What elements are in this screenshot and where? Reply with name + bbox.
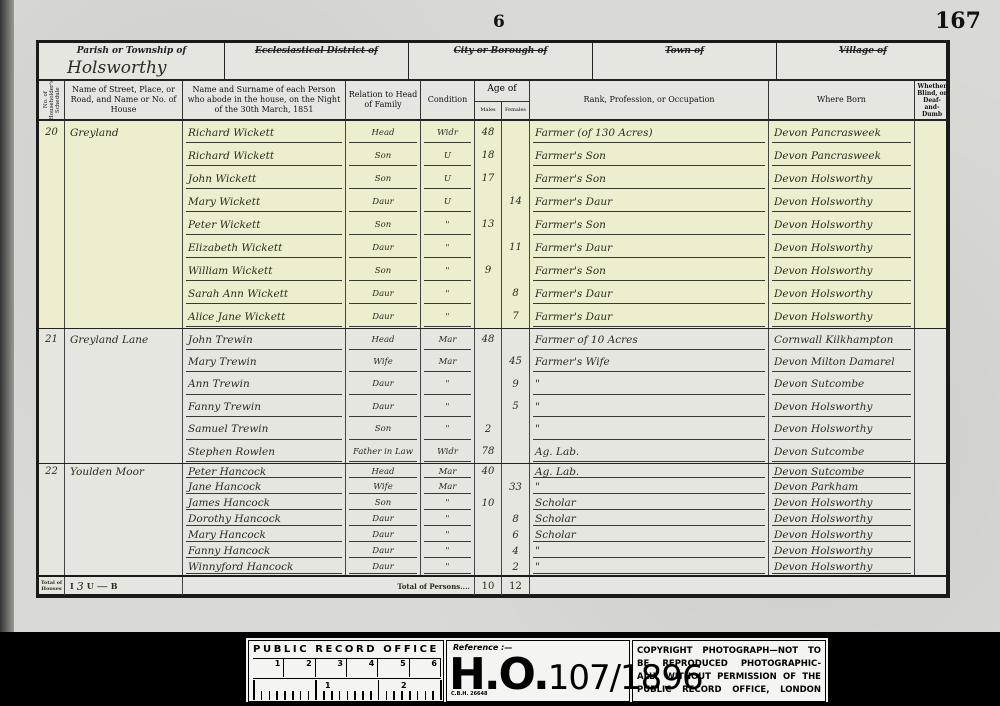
male-cell: 10 (475, 495, 502, 511)
born-cell: Devon Pancrasweek (769, 144, 915, 167)
blind-cell (915, 329, 949, 351)
blind-cell (915, 190, 949, 213)
blind-cell (915, 144, 949, 167)
census-page: 6 167 Parish or Township of Holsworthy E… (0, 0, 1000, 632)
pro-reference-block: Reference :— H.O.107/1896 C.B.H. 26648 (446, 640, 630, 702)
blind-cell (915, 259, 949, 282)
schedule-cell: 21 (39, 329, 65, 351)
street-cell (65, 495, 183, 511)
table-row: 22Youlden MoorPeter HancockHeadMar40Ag. … (39, 463, 946, 479)
table-row: James HancockSon"10ScholarDevon Holswort… (39, 495, 946, 511)
born-cell: Devon Parkham (769, 479, 915, 495)
header-schedule: No. of Householder's Schedule (39, 81, 65, 121)
table-row: Jane HancockWifeMar33"Devon Parkham (39, 479, 946, 495)
blind-cell (915, 543, 949, 559)
female-cell (502, 495, 530, 511)
male-cell (475, 351, 502, 374)
schedule-cell (39, 190, 65, 213)
schedule-cell (39, 495, 65, 511)
female-cell: 2 (502, 559, 530, 575)
born-cell: Devon Holsworthy (769, 543, 915, 559)
relation-cell: Daur (346, 305, 421, 328)
occupation-cell: Scholar (530, 511, 769, 527)
female-cell (502, 441, 530, 464)
header-age-sub: Males Females (475, 101, 529, 119)
table-row: Fanny HancockDaur"4"Devon Holsworthy (39, 543, 946, 559)
table-row: 20GreylandRichard WickettHeadWidr48Farme… (39, 121, 946, 144)
name-cell: Richard Wickett (183, 121, 346, 144)
born-cell: Devon Holsworthy (769, 236, 915, 259)
blind-cell (915, 351, 949, 374)
street-cell (65, 559, 183, 575)
relation-cell: Son (346, 144, 421, 167)
male-cell: 78 (475, 441, 502, 464)
relation-cell: Daur (346, 373, 421, 396)
table-row: Ann TrewinDaur"9"Devon Sutcombe (39, 373, 946, 396)
ruler-tick (370, 691, 372, 700)
relation-cell: Daur (346, 527, 421, 543)
male-cell (475, 559, 502, 575)
name-cell: John Trewin (183, 329, 346, 351)
condition-cell: Mar (421, 329, 475, 351)
condition-cell: " (421, 418, 475, 441)
blind-cell (915, 527, 949, 543)
ruler-tick (339, 691, 341, 700)
street-cell (65, 167, 183, 190)
relation-cell: Daur (346, 543, 421, 559)
schedule-cell (39, 441, 65, 464)
occupation-cell: " (530, 373, 769, 396)
female-cell: 8 (502, 282, 530, 305)
schedule-cell (39, 305, 65, 328)
relation-cell: Son (346, 418, 421, 441)
street-cell (65, 479, 183, 495)
blind-cell (915, 213, 949, 236)
occupation-cell: Farmer's Daur (530, 236, 769, 259)
female-cell: 7 (502, 305, 530, 328)
header-occupation: Rank, Profession, or Occupation (530, 81, 769, 121)
name-cell: Stephen Rowlen (183, 441, 346, 464)
table-row: Fanny TrewinDaur"5"Devon Holsworthy (39, 396, 946, 419)
male-cell (475, 479, 502, 495)
table-row: Richard WickettSonU18Farmer's SonDevon P… (39, 144, 946, 167)
condition-cell: Mar (421, 351, 475, 374)
table-row: Dorothy HancockDaur"8ScholarDevon Holswo… (39, 511, 946, 527)
schedule-cell (39, 167, 65, 190)
blind-cell (915, 495, 949, 511)
blind-cell (915, 121, 949, 144)
relation-cell: Son (346, 259, 421, 282)
female-cell: 4 (502, 543, 530, 559)
male-cell (475, 305, 502, 328)
ruler-tick (354, 691, 356, 700)
female-cell (502, 167, 530, 190)
born-cell: Devon Holsworthy (769, 418, 915, 441)
male-cell (475, 190, 502, 213)
ruler-tick (253, 680, 255, 700)
street-cell (65, 396, 183, 419)
female-cell (502, 418, 530, 441)
male-cell (475, 282, 502, 305)
schedule-cell (39, 282, 65, 305)
schedule-cell: 22 (39, 464, 65, 479)
condition-cell: " (421, 495, 475, 511)
name-cell: Alice Jane Wickett (183, 305, 346, 328)
street-cell (65, 282, 183, 305)
ruler-tick (409, 691, 411, 700)
occupation-cell: Farmer's Son (530, 167, 769, 190)
header-age-label: Age of (475, 84, 529, 94)
schedule-cell (39, 527, 65, 543)
city-label: City or Borough of (409, 46, 592, 56)
table-row: Winnyford HancockDaur"2"Devon Holsworthy (39, 559, 946, 575)
blind-cell (915, 441, 949, 464)
total-persons-label: Total of Persons.... (183, 577, 475, 595)
condition-cell: Mar (421, 464, 475, 479)
condition-cell: " (421, 213, 475, 236)
female-cell: 6 (502, 527, 530, 543)
occupation-cell: Ag. Lab. (530, 464, 769, 479)
inhabited-count: 3 (77, 580, 84, 593)
occupation-cell: Farmer's Daur (530, 305, 769, 328)
street-cell (65, 305, 183, 328)
male-cell: 13 (475, 213, 502, 236)
occupation-cell: Farmer's Daur (530, 190, 769, 213)
header-females: Females (502, 107, 529, 113)
female-cell (502, 213, 530, 236)
schedule-cell (39, 373, 65, 396)
header-males: Males (475, 102, 502, 120)
street-cell (65, 441, 183, 464)
relation-cell: Wife (346, 351, 421, 374)
condition-cell: " (421, 559, 475, 575)
ruler-tick (292, 691, 294, 700)
cbh-number: C.B.H. 26648 (451, 691, 488, 697)
female-cell (502, 464, 530, 479)
ruler-tick (347, 691, 349, 700)
condition-cell: " (421, 527, 475, 543)
header-name: Name and Surname of each Person who abod… (183, 81, 346, 121)
name-cell: John Wickett (183, 167, 346, 190)
ruler-tick (261, 691, 263, 700)
occupation-cell: Scholar (530, 527, 769, 543)
parish-label: Parish or Township of (39, 46, 224, 56)
table-row: William WickettSon"9Farmer's SonDevon Ho… (39, 259, 946, 282)
street-cell: Youlden Moor (65, 464, 183, 479)
condition-cell: " (421, 511, 475, 527)
ruler-tick (401, 691, 403, 700)
street-cell (65, 511, 183, 527)
born-cell: Devon Holsworthy (769, 259, 915, 282)
relation-cell: Head (346, 464, 421, 479)
male-cell: 2 (475, 418, 502, 441)
ruler-tick (269, 691, 271, 700)
header-street: Name of Street, Place, or Road, and Name… (65, 81, 183, 121)
uninhabited-count: — (97, 580, 108, 593)
title-strip: Parish or Township of Holsworthy Ecclesi… (39, 43, 946, 81)
page-edge-shadow (0, 0, 14, 632)
header-age: Age of Males Females (475, 81, 530, 121)
schedule-cell (39, 559, 65, 575)
table-row: Alice Jane WickettDaur"7Farmer's DaurDev… (39, 305, 946, 328)
born-cell: Devon Sutcombe (769, 373, 915, 396)
city-cell: City or Borough of (409, 43, 593, 81)
header-born: Where Born (769, 81, 915, 121)
name-cell: Samuel Trewin (183, 418, 346, 441)
ruler-fine: 1 2 (253, 678, 441, 700)
relation-cell: Wife (346, 479, 421, 495)
born-cell: Devon Milton Damarel (769, 351, 915, 374)
town-cell: Town of (593, 43, 777, 81)
schedule-cell (39, 259, 65, 282)
born-cell: Devon Holsworthy (769, 190, 915, 213)
schedule-cell (39, 543, 65, 559)
ruler-tick (417, 691, 419, 700)
town-label: Town of (593, 46, 776, 56)
street-cell: Greyland (65, 121, 183, 144)
ruler-tick (331, 691, 333, 700)
name-cell: Elizabeth Wickett (183, 236, 346, 259)
occupation-cell: " (530, 543, 769, 559)
name-cell: Fanny Hancock (183, 543, 346, 559)
blind-cell (915, 559, 949, 575)
ruler-tick (378, 680, 380, 700)
male-cell: 40 (475, 464, 502, 479)
parish-cell: Parish or Township of Holsworthy (39, 43, 225, 81)
male-cell (475, 236, 502, 259)
name-cell: Mary Hancock (183, 527, 346, 543)
table-row: Stephen RowlenFather in LawWidr78Ag. Lab… (39, 441, 946, 464)
condition-cell: U (421, 190, 475, 213)
schedule-cell (39, 351, 65, 374)
occupation-cell: " (530, 418, 769, 441)
name-cell: Winnyford Hancock (183, 559, 346, 575)
ruler-tick (362, 691, 364, 700)
table-row: Mary WickettDaurU14Farmer's DaurDevon Ho… (39, 190, 946, 213)
condition-cell: Mar (421, 479, 475, 495)
relation-cell: Head (346, 329, 421, 351)
census-schedule-sheet: Parish or Township of Holsworthy Ecclesi… (36, 40, 950, 598)
header-relation: Relation to Head of Family (346, 81, 421, 121)
parish-value: Holsworthy (67, 58, 167, 78)
pro-stamp: PUBLIC RECORD OFFICE 1 2 3 4 5 6 1 2 Ref… (244, 636, 830, 704)
female-cell (502, 121, 530, 144)
ruler-tick (315, 680, 317, 700)
born-cell: Devon Holsworthy (769, 396, 915, 419)
header-condition: Condition (421, 81, 475, 121)
occupation-cell: Ag. Lab. (530, 441, 769, 464)
table-row: Mary TrewinWifeMar45Farmer's WifeDevon M… (39, 351, 946, 374)
table-row: Peter WickettSon"13Farmer's SonDevon Hol… (39, 213, 946, 236)
occupation-cell: Farmer's Daur (530, 282, 769, 305)
name-cell: Ann Trewin (183, 373, 346, 396)
street-cell (65, 236, 183, 259)
female-cell: 45 (502, 351, 530, 374)
folio-number-centre: 6 (493, 12, 505, 32)
male-cell (475, 373, 502, 396)
table-row: Samuel TrewinSon"2"Devon Holsworthy (39, 418, 946, 441)
relation-cell: Daur (346, 190, 421, 213)
name-cell: Dorothy Hancock (183, 511, 346, 527)
female-cell: 8 (502, 511, 530, 527)
street-cell (65, 418, 183, 441)
occupation-cell: " (530, 479, 769, 495)
condition-cell: Widr (421, 441, 475, 464)
street-cell (65, 527, 183, 543)
female-cell (502, 259, 530, 282)
schedule-cell (39, 144, 65, 167)
occupation-cell: Farmer (of 130 Acres) (530, 121, 769, 144)
blind-cell (915, 236, 949, 259)
condition-cell: " (421, 236, 475, 259)
ruler-tick (308, 691, 310, 700)
name-cell: Peter Wickett (183, 213, 346, 236)
born-cell: Devon Holsworthy (769, 495, 915, 511)
male-cell: 48 (475, 329, 502, 351)
ruler-tick (276, 691, 278, 700)
totals-row: Total of Houses I3 U— B Total of Persons… (39, 575, 946, 595)
blind-cell (915, 373, 949, 396)
occupation-cell: Farmer's Wife (530, 351, 769, 374)
born-cell: Devon Holsworthy (769, 213, 915, 236)
born-cell: Devon Holsworthy (769, 527, 915, 543)
name-cell: Richard Wickett (183, 144, 346, 167)
schedule-cell: 20 (39, 121, 65, 144)
total-females: 12 (502, 577, 530, 595)
table-row: 21Greyland LaneJohn TrewinHeadMar48Farme… (39, 328, 946, 351)
street-cell (65, 144, 183, 167)
relation-cell: Son (346, 495, 421, 511)
ruler-tick (393, 691, 395, 700)
born-cell: Devon Holsworthy (769, 511, 915, 527)
schedule-cell (39, 418, 65, 441)
relation-cell: Daur (346, 236, 421, 259)
name-cell: Mary Wickett (183, 190, 346, 213)
street-cell (65, 259, 183, 282)
blind-cell (915, 282, 949, 305)
male-cell: 18 (475, 144, 502, 167)
name-cell: Mary Trewin (183, 351, 346, 374)
blind-cell (915, 418, 949, 441)
relation-cell: Son (346, 213, 421, 236)
ecclesiastical-cell: Ecclesiastical District of (225, 43, 409, 81)
ruler-inches: 1 2 3 4 5 6 (253, 658, 441, 677)
female-cell: 9 (502, 373, 530, 396)
condition-cell: " (421, 396, 475, 419)
ruler-tick (284, 691, 286, 700)
relation-cell: Daur (346, 511, 421, 527)
ruler-tick (432, 691, 434, 700)
born-cell: Devon Holsworthy (769, 282, 915, 305)
male-cell: 48 (475, 121, 502, 144)
street-cell (65, 213, 183, 236)
relation-cell: Daur (346, 282, 421, 305)
relation-cell: Head (346, 121, 421, 144)
ruler-tick (425, 691, 427, 700)
ruler-tick (323, 691, 325, 700)
female-cell: 5 (502, 396, 530, 419)
blind-cell (915, 464, 949, 479)
table-row: Sarah Ann WickettDaur"8Farmer's DaurDevo… (39, 282, 946, 305)
occupation-cell: Farmer's Son (530, 259, 769, 282)
ruler-tick (300, 691, 302, 700)
condition-cell: U (421, 167, 475, 190)
female-cell (502, 329, 530, 351)
born-cell: Devon Holsworthy (769, 167, 915, 190)
schedule-cell (39, 236, 65, 259)
village-cell: Village of (777, 43, 949, 81)
table-row: Mary HancockDaur"6ScholarDevon Holsworth… (39, 527, 946, 543)
schedule-cell (39, 511, 65, 527)
born-cell: Devon Sutcombe (769, 441, 915, 464)
blind-cell (915, 479, 949, 495)
pro-office-name: PUBLIC RECORD OFFICE (249, 644, 443, 655)
male-cell: 17 (475, 167, 502, 190)
schedule-cell (39, 396, 65, 419)
relation-cell: Daur (346, 396, 421, 419)
street-cell (65, 351, 183, 374)
total-males: 10 (475, 577, 502, 595)
occupation-cell: Farmer's Son (530, 213, 769, 236)
name-cell: William Wickett (183, 259, 346, 282)
total-houses-label: Total of Houses (39, 577, 65, 595)
occupation-cell: " (530, 396, 769, 419)
ecclesiastical-label: Ecclesiastical District of (225, 46, 408, 56)
male-cell (475, 396, 502, 419)
female-cell: 14 (502, 190, 530, 213)
relation-cell: Father in Law (346, 441, 421, 464)
born-cell: Devon Holsworthy (769, 559, 915, 575)
name-cell: James Hancock (183, 495, 346, 511)
folio-number-right: 167 (935, 8, 981, 34)
occupation-cell: Farmer's Son (530, 144, 769, 167)
ruler-tick (386, 691, 388, 700)
table-row: Elizabeth WickettDaur"11Farmer's DaurDev… (39, 236, 946, 259)
male-cell (475, 527, 502, 543)
blind-cell (915, 305, 949, 328)
copyright-notice: COPYRIGHT PHOTOGRAPH—NOT TO BE REPRODUCE… (632, 640, 826, 702)
born-cell: Devon Holsworthy (769, 305, 915, 328)
female-cell (502, 144, 530, 167)
schedule-cell (39, 479, 65, 495)
name-cell: Jane Hancock (183, 479, 346, 495)
name-cell: Peter Hancock (183, 464, 346, 479)
condition-cell: " (421, 259, 475, 282)
female-cell: 11 (502, 236, 530, 259)
blind-cell (915, 167, 949, 190)
street-cell: Greyland Lane (65, 329, 183, 351)
born-cell: Devon Pancrasweek (769, 121, 915, 144)
condition-cell: " (421, 282, 475, 305)
occupation-cell: Scholar (530, 495, 769, 511)
male-cell (475, 543, 502, 559)
table-row: John WickettSonU17Farmer's SonDevon Hols… (39, 167, 946, 190)
occupation-cell: " (530, 559, 769, 575)
street-cell (65, 373, 183, 396)
header-blind: Whether Blind, or Deaf-and-Dumb (915, 81, 949, 121)
condition-cell: U (421, 144, 475, 167)
born-cell: Cornwall Kilkhampton (769, 329, 915, 351)
born-cell: Devon Sutcombe (769, 464, 915, 479)
relation-cell: Daur (346, 559, 421, 575)
female-cell: 33 (502, 479, 530, 495)
condition-cell: " (421, 543, 475, 559)
schedule-cell (39, 213, 65, 236)
condition-cell: " (421, 373, 475, 396)
village-label: Village of (777, 46, 949, 56)
blind-cell (915, 396, 949, 419)
street-cell (65, 543, 183, 559)
